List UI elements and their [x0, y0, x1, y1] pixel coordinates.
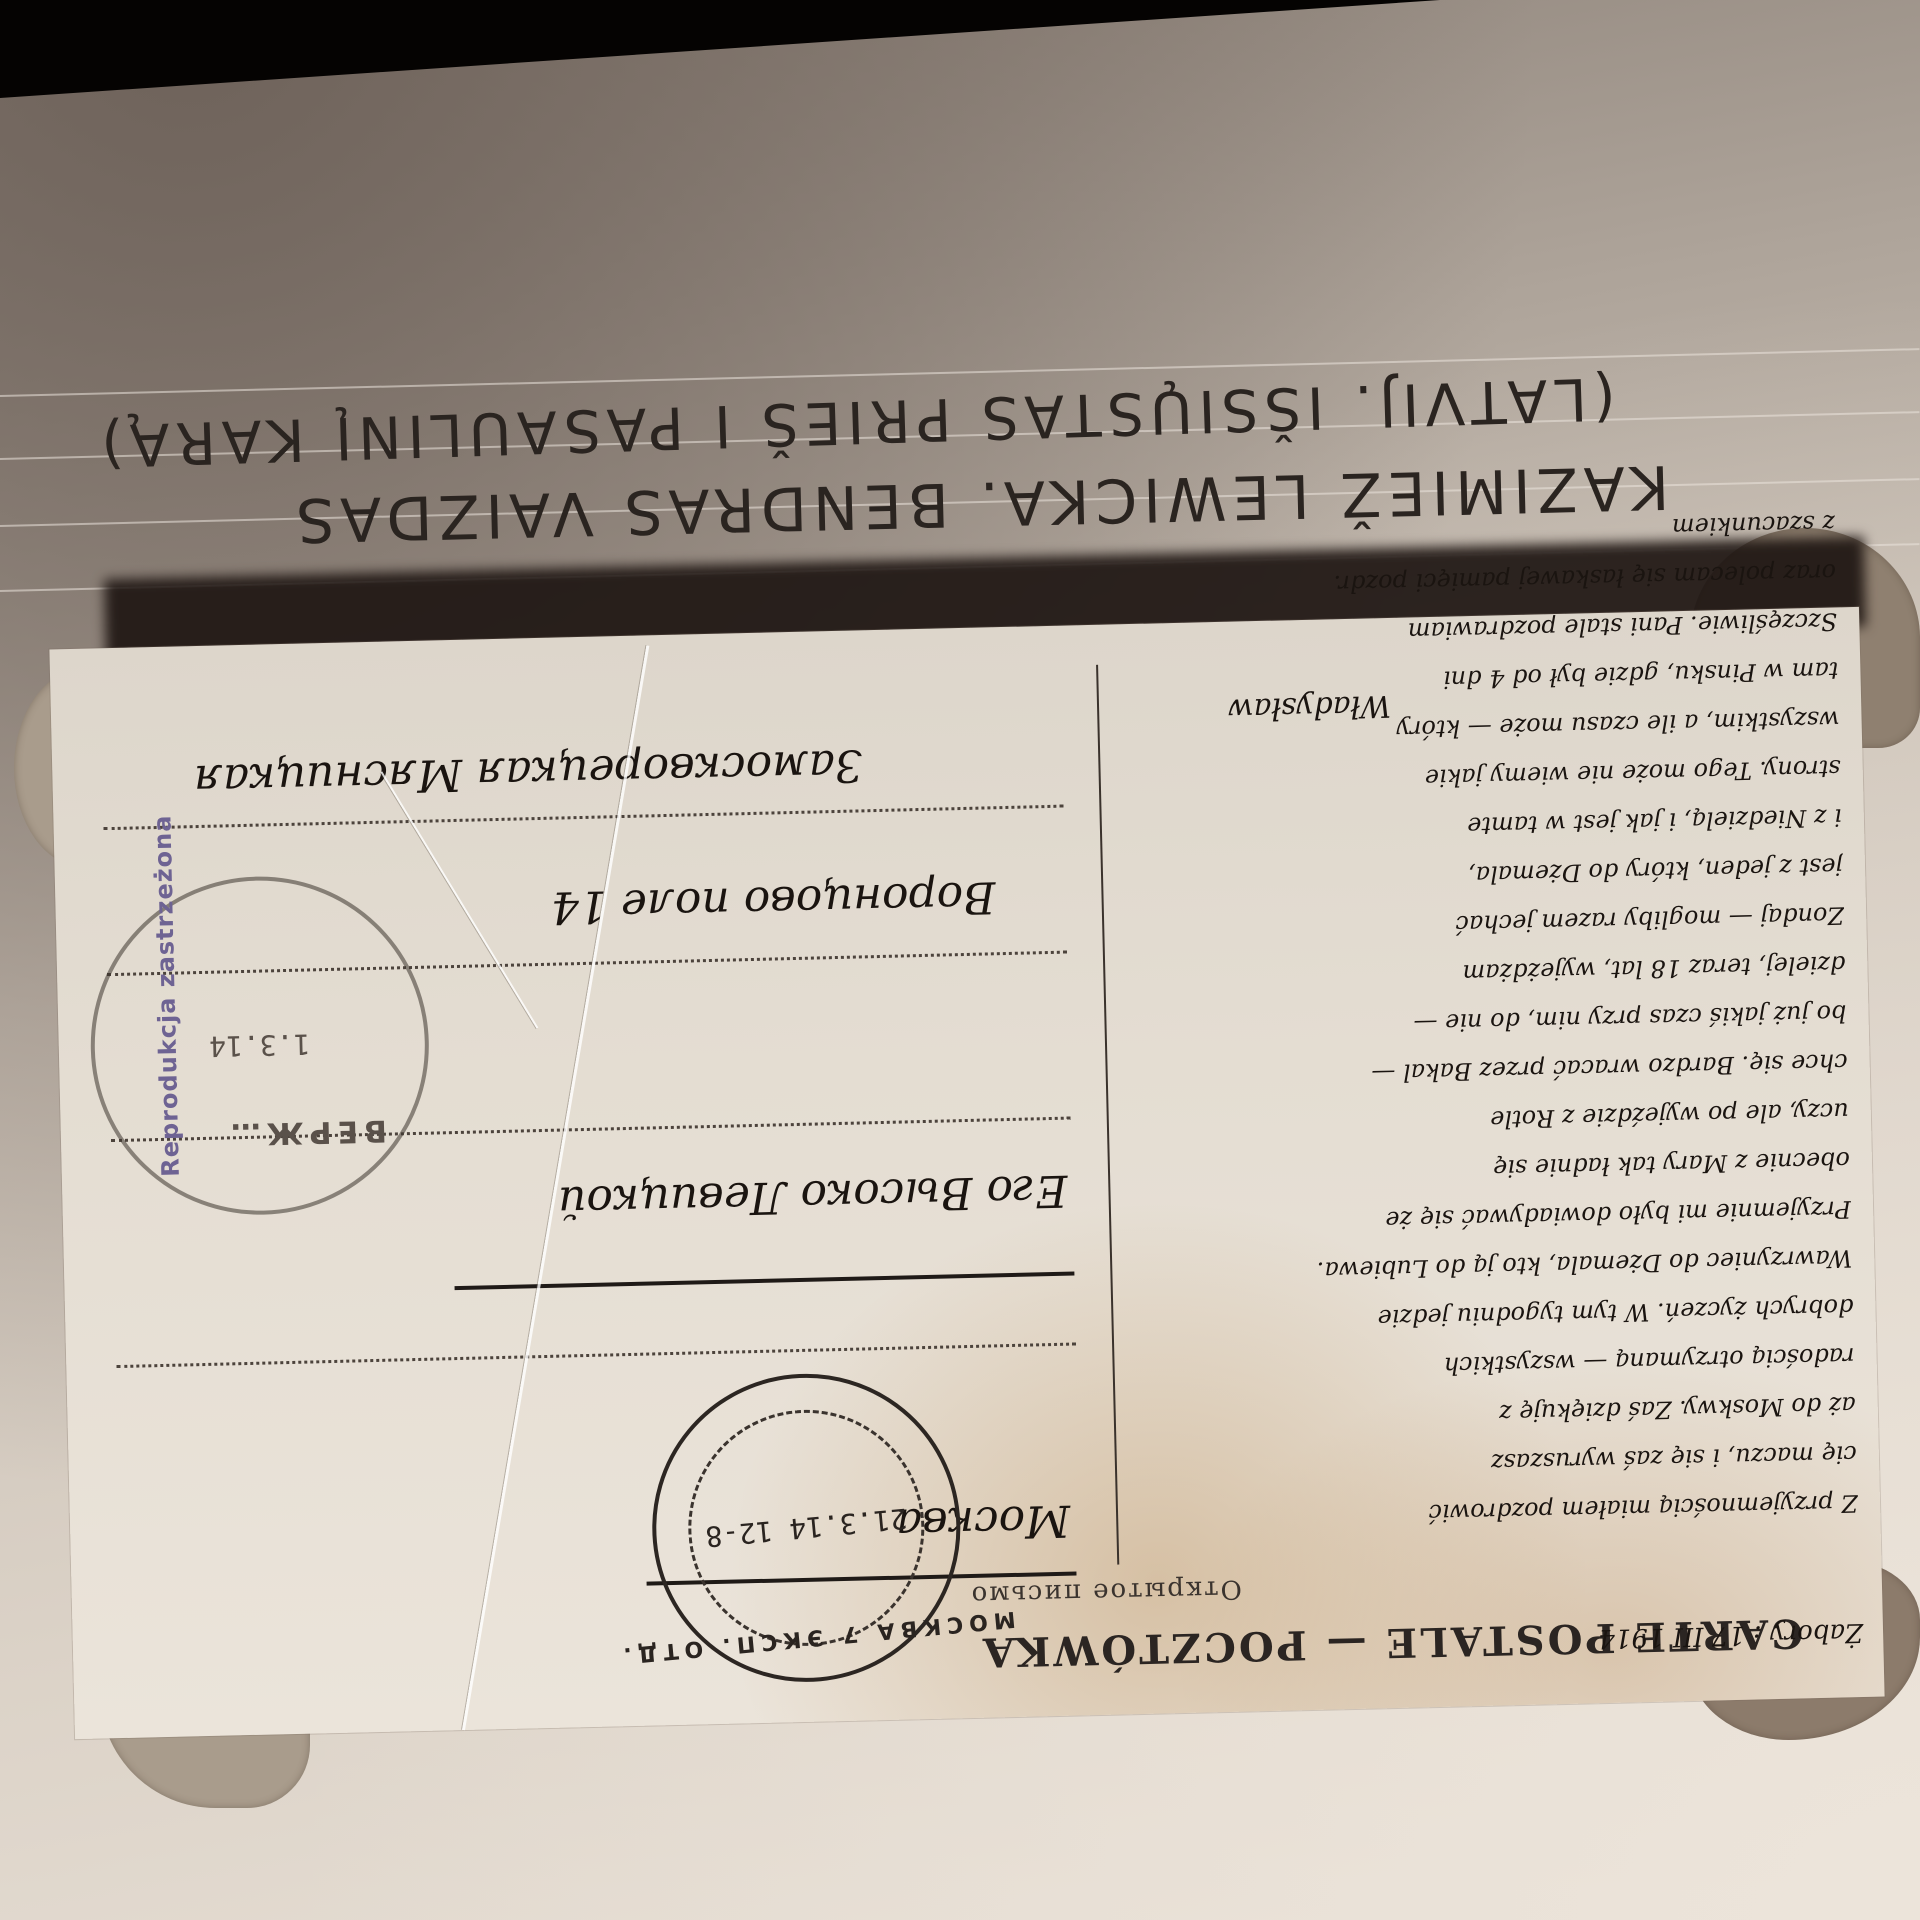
address-dotted-line	[104, 805, 1064, 831]
signature: Władysław	[1227, 688, 1391, 727]
address-street: Воронцово поле 14	[550, 871, 996, 932]
sender-date: Żabory : 17 III 1914	[1598, 1617, 1864, 1653]
address-rule	[455, 1271, 1075, 1290]
postmark-text: ВЕРЖ…	[224, 1113, 387, 1152]
message-text: Z przyjemnością miałem pozdrowić cię mac…	[1105, 498, 1859, 1544]
address-recipient: Его Высоко Левицкой	[558, 1165, 1068, 1228]
address-district: Замоскворецкая Мясницкая	[193, 739, 863, 806]
moscow-postmark: МОСКВА 7 ЭКСП. ОТД. 21.3.14 12-8	[639, 1360, 974, 1695]
address-dotted-line	[116, 1342, 1076, 1368]
postcard-back: CARTE POSTALE — POCZTÓWKA Открытое письм…	[49, 607, 1884, 1739]
postmark-date: 1.3.14	[209, 1028, 311, 1063]
printed-subheader: Открытое письмо	[969, 1574, 1242, 1610]
origin-postmark: ВЕРЖ… 1.3.14	[87, 873, 433, 1219]
postcard: CARTE POSTALE — POCZTÓWKA Открытое письм…	[49, 607, 1884, 1739]
